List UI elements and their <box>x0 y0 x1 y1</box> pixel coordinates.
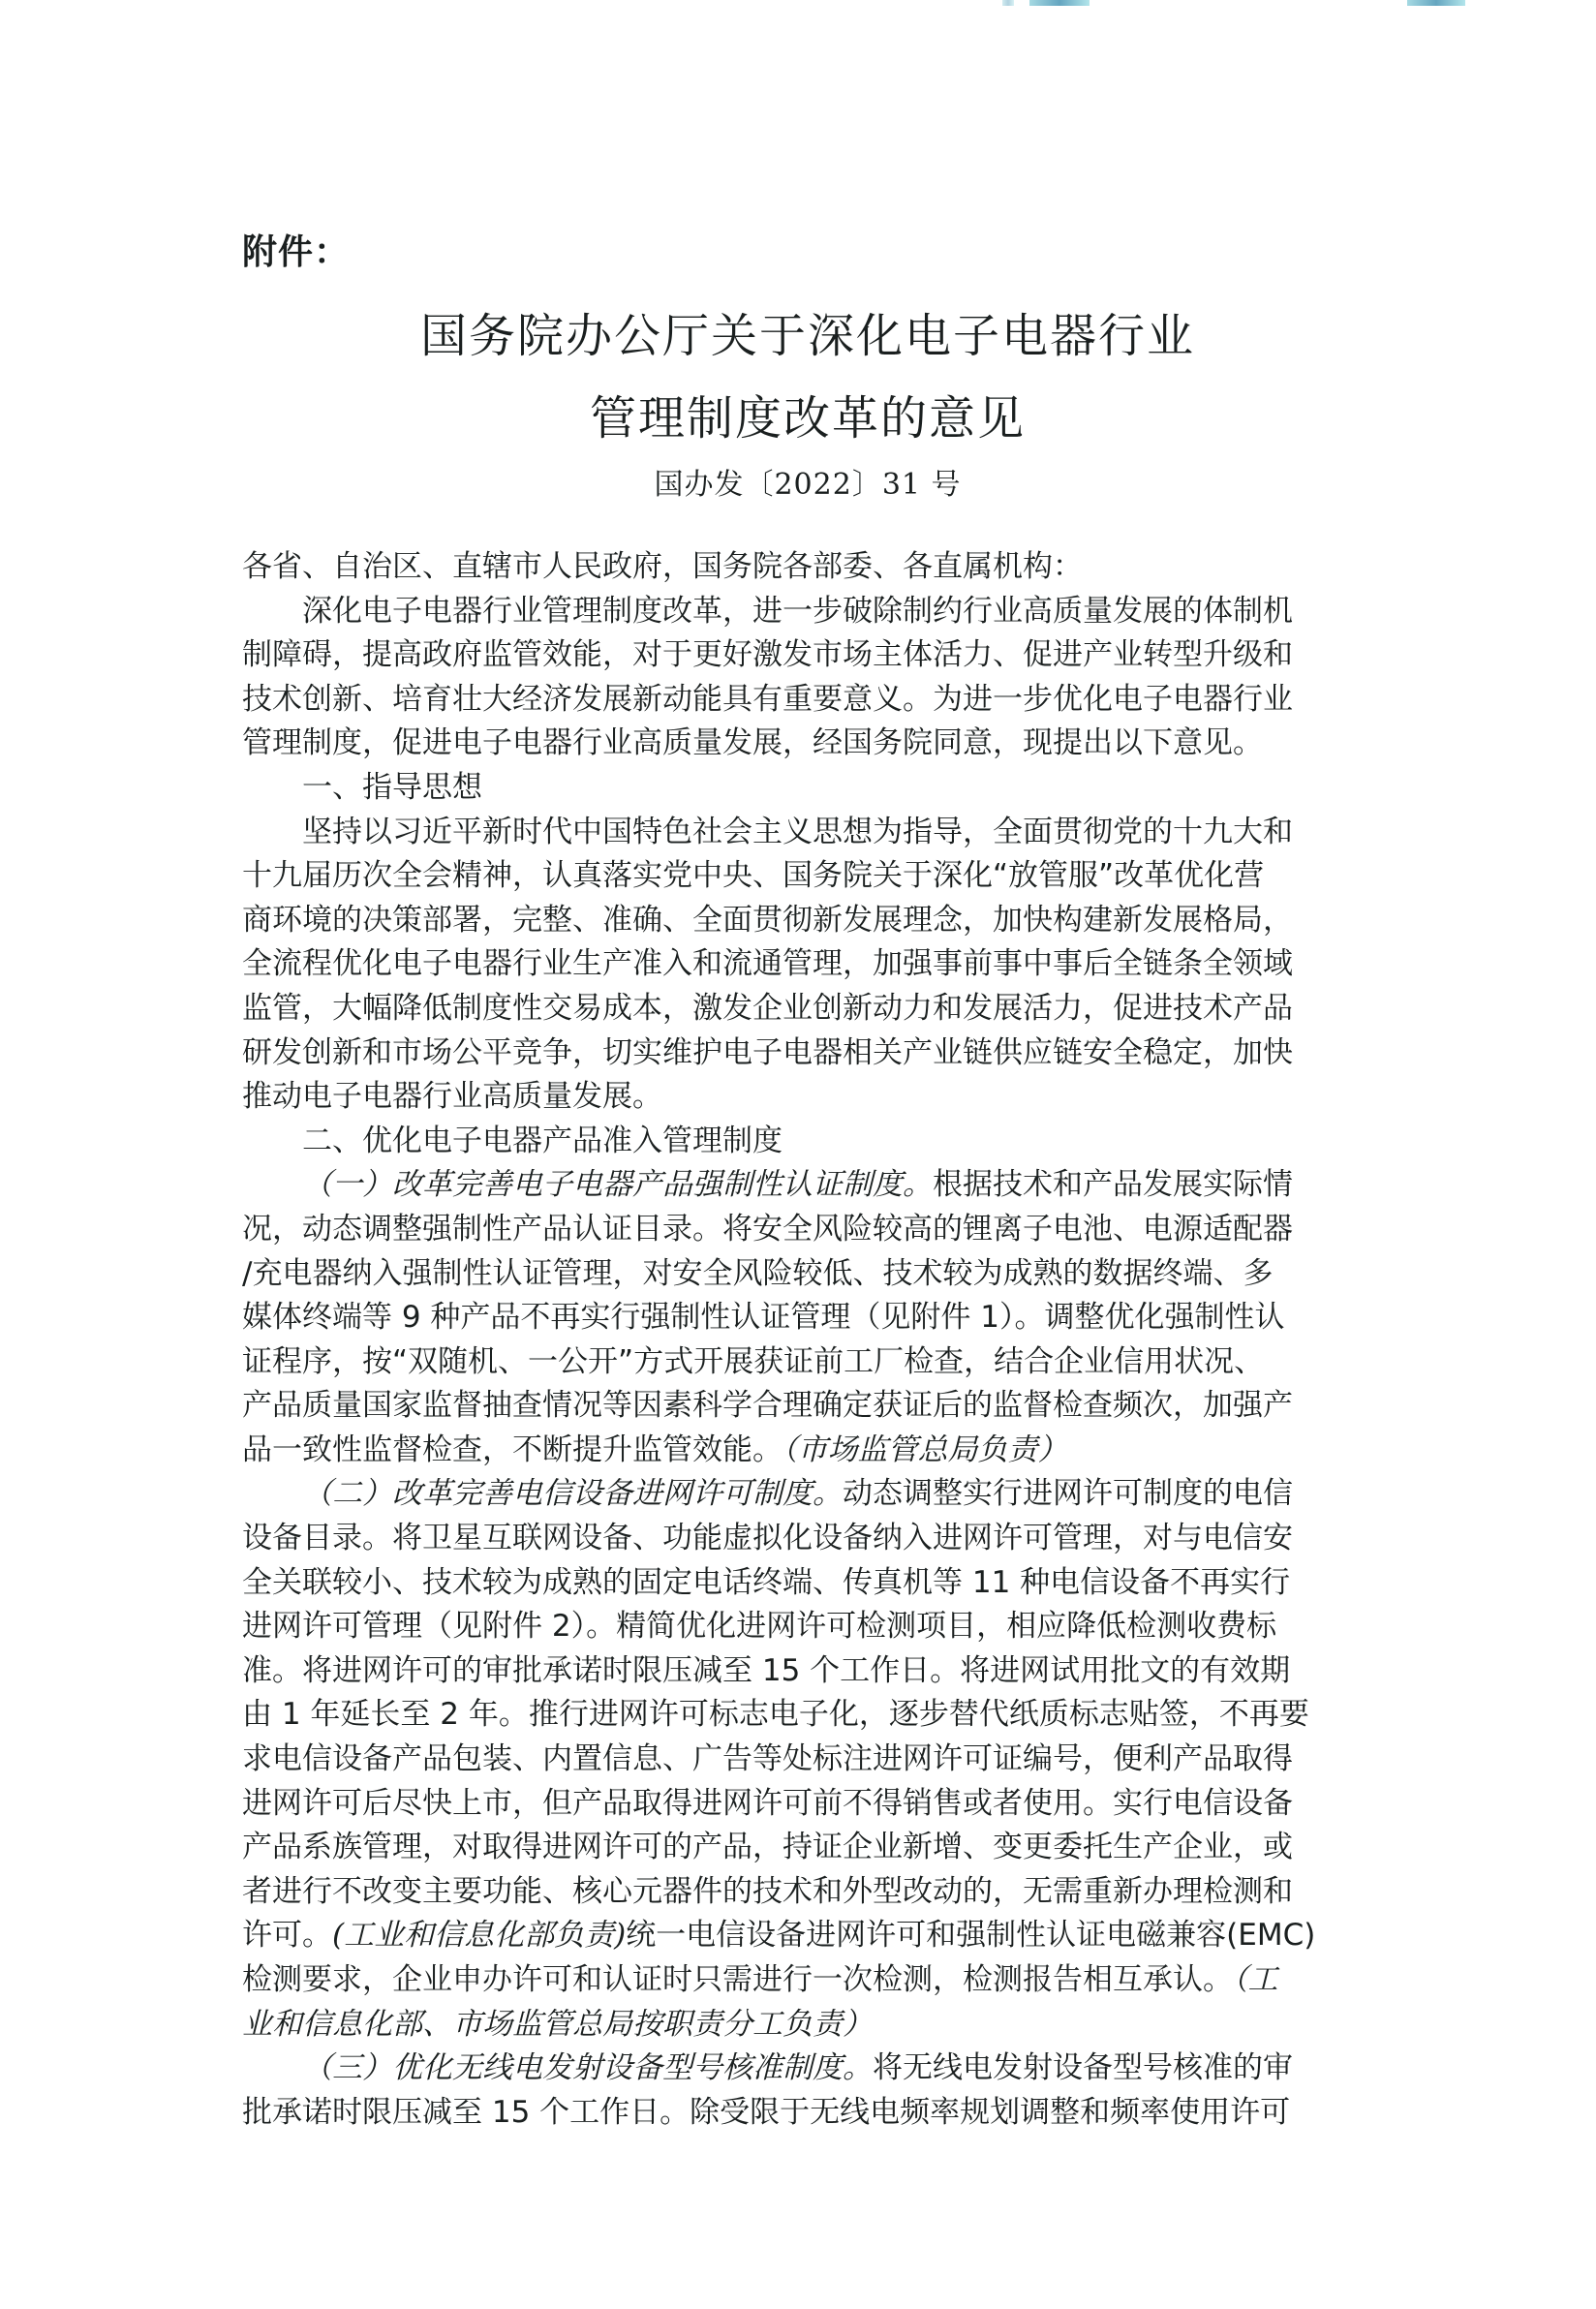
body-line: 全流程优化电子电器行业生产准入和流通管理，加强事前事中事后全链条全领域 <box>242 942 1433 987</box>
line-text: 将无线电发射设备型号核准的审 <box>873 2050 1293 2085</box>
body-line: /充电器纳入强制性认证管理，对安全风险较低、技术较为成熟的数据终端、多 <box>242 1252 1433 1297</box>
line-text: 制障碍，提高政府监管效能，对于更好激发市场主体活力、促进产业转型升级和 <box>242 637 1293 672</box>
emphasis-text: 业和信息化部、市场监管总局按职责分工负责） <box>242 2007 873 2042</box>
emphasis-text: （市场监管总局负责） <box>783 1432 1068 1467</box>
emphasis-text: （工 <box>1233 1962 1278 1997</box>
body-line: 进网许可管理（见附件 2）。精简优化进网许可检测项目，相应降低检测收费标 <box>242 1605 1433 1649</box>
emphasis-text: （二）改革完善电信设备进网许可制度。 <box>302 1476 843 1511</box>
line-text: 深化电子电器行业管理制度改革，进一步破除制约行业高质量发展的体制机 <box>302 594 1293 629</box>
line-text: 检测要求，企业申办许可和认证时只需进行一次检测，检测报告相互承认。 <box>242 1962 1233 1997</box>
scan-artifact <box>1407 0 1465 6</box>
body-line: 坚持以习近平新时代中国特色社会主义思想为指导，全面贯彻党的十九大和 <box>242 811 1433 855</box>
body-line: 业和信息化部、市场监管总局按职责分工负责） <box>242 2003 1433 2047</box>
document-number: 国办发〔2022〕31 号 <box>10 460 1596 503</box>
line-text: 商环境的决策部署，完整、准确、全面贯彻新发展理念，加快构建新发展格局， <box>242 903 1293 938</box>
line-text: 统一电信设备进网许可和强制性认证电磁兼容(EMC) <box>626 1918 1315 1953</box>
section-heading: 二、优化电子电器产品准入管理制度 <box>242 1120 1433 1164</box>
line-text: 准。将进网许可的审批承诺时限压减至 15 个工作日。将进网试用批文的有效期 <box>242 1653 1290 1688</box>
body-line: 商环境的决策部署，完整、准确、全面贯彻新发展理念，加快构建新发展格局， <box>242 899 1433 943</box>
line-text: 媒体终端等 9 种产品不再实行强制性认证管理（见附件 1）。调整优化强制性认 <box>242 1300 1285 1335</box>
line-text: 设备目录。将卫星互联网设备、功能虚拟化设备纳入进网许可管理，对与电信安 <box>242 1521 1293 1555</box>
line-text: 品一致性监督检查，不断提升监管效能。 <box>242 1432 783 1467</box>
line-text: /充电器纳入强制性认证管理，对安全风险较低、技术较为成熟的数据终端、多 <box>242 1256 1273 1291</box>
body-line: 制障碍，提高政府监管效能，对于更好激发市场主体活力、促进产业转型升级和 <box>242 633 1433 678</box>
body-line: （一）改革完善电子电器产品强制性认证制度。根据技术和产品发展实际情 <box>242 1163 1433 1208</box>
body-line: 况，动态调整强制性产品认证目录。将安全风险较高的锂离子电池、电源适配器 <box>242 1208 1433 1252</box>
line-text: 产品质量国家监督抽查情况等因素科学合理确定获证后的监督检查频次，加强产 <box>242 1388 1293 1423</box>
line-text: 全关联较小、技术较为成熟的固定电话终端、传真机等 11 种电信设备不再实行 <box>242 1565 1290 1600</box>
body-line: 研发创新和市场公平竞争，切实维护电子电器相关产业链供应链安全稳定，加快 <box>242 1031 1433 1076</box>
line-text: 根据技术和产品发展实际情 <box>933 1167 1293 1202</box>
emphasis-text: （一）改革完善电子电器产品强制性认证制度。 <box>302 1167 933 1202</box>
body-line: 求电信设备产品包装、内置信息、广告等处标注进网许可证编号，便利产品取得 <box>242 1738 1433 1782</box>
line-text: 动态调整实行进网许可制度的电信 <box>843 1476 1293 1511</box>
body-line: 准。将进网许可的审批承诺时限压减至 15 个工作日。将进网试用批文的有效期 <box>242 1649 1433 1694</box>
body-line: 进网许可后尽快上市，但产品取得进网许可前不得销售或者使用。实行电信设备 <box>242 1782 1433 1827</box>
emphasis-text: (工业和信息化部负责) <box>332 1918 626 1953</box>
body-line: 技术创新、培育壮大经济发展新动能具有重要意义。为进一步优化电子电器行业 <box>242 678 1433 723</box>
body-line: 者进行不改变主要功能、核心元器件的技术和外型改动的，无需重新办理检测和 <box>242 1870 1433 1915</box>
line-text: 者进行不改变主要功能、核心元器件的技术和外型改动的，无需重新办理检测和 <box>242 1874 1293 1909</box>
body-line: 产品质量国家监督抽查情况等因素科学合理确定获证后的监督检查频次，加强产 <box>242 1384 1433 1429</box>
body-line: 设备目录。将卫星互联网设备、功能虚拟化设备纳入进网许可管理，对与电信安 <box>242 1517 1433 1561</box>
line-text: 二、优化电子电器产品准入管理制度 <box>302 1124 783 1158</box>
line-text: 求电信设备产品包装、内置信息、广告等处标注进网许可证编号，便利产品取得 <box>242 1741 1293 1776</box>
scan-artifact <box>1002 0 1014 6</box>
line-text: 技术创新、培育壮大经济发展新动能具有重要意义。为进一步优化电子电器行业 <box>242 682 1293 717</box>
line-text: 批承诺时限压减至 15 个工作日。除受限于无线电频率规划调整和频率使用许可 <box>242 2095 1290 2130</box>
body-line: 许可。(工业和信息化部负责)统一电信设备进网许可和强制性认证电磁兼容(EMC) <box>242 1914 1433 1958</box>
emphasis-text: （三）优化无线电发射设备型号核准制度。 <box>302 2050 873 2085</box>
line-text: 全流程优化电子电器行业生产准入和流通管理，加强事前事中事后全链条全领域 <box>242 946 1293 981</box>
body-line: 证程序，按“双随机、一公开”方式开展获证前工厂检查，结合企业信用状况、 <box>242 1340 1433 1385</box>
document-title-line-2: 管理制度改革的意见 <box>10 381 1596 447</box>
body-line: 产品系族管理，对取得进网许可的产品，持证企业新增、变更委托生产企业，或 <box>242 1826 1433 1870</box>
body-line: 全关联较小、技术较为成熟的固定电话终端、传真机等 11 种电信设备不再实行 <box>242 1561 1433 1606</box>
section-heading: 一、指导思想 <box>242 766 1433 811</box>
line-text: 研发创新和市场公平竞争，切实维护电子电器相关产业链供应链安全稳定，加快 <box>242 1035 1293 1070</box>
line-text: 推动电子电器行业高质量发展。 <box>242 1079 662 1114</box>
body-line: 十九届历次全会精神，认真落实党中央、国务院关于深化“放管服”改革优化营 <box>242 854 1433 899</box>
body-line: 推动电子电器行业高质量发展。 <box>242 1075 1433 1120</box>
line-text: 管理制度，促进电子电器行业高质量发展，经国务院同意，现提出以下意见。 <box>242 725 1263 760</box>
line-text: 坚持以习近平新时代中国特色社会主义思想为指导，全面贯彻党的十九大和 <box>302 815 1293 849</box>
body-line: （二）改革完善电信设备进网许可制度。动态调整实行进网许可制度的电信 <box>242 1472 1433 1517</box>
scan-artifact <box>1029 0 1090 6</box>
document-title-line-1: 国务院办公厅关于深化电子电器行业 <box>10 298 1596 365</box>
line-text: 证程序，按“双随机、一公开”方式开展获证前工厂检查，结合企业信用状况、 <box>242 1344 1264 1379</box>
body-line: 由 1 年延长至 2 年。推行进网许可标志电子化，逐步替代纸质标志贴签，不再要 <box>242 1693 1433 1738</box>
line-text: 进网许可管理（见附件 2）。精简优化进网许可检测项目，相应降低检测收费标 <box>242 1609 1276 1644</box>
document-body: 各省、自治区、直辖市人民政府，国务院各部委、各直属机构：深化电子电器行业管理制度… <box>242 545 1433 2135</box>
line-text: 况，动态调整强制性产品认证目录。将安全风险较高的锂离子电池、电源适配器 <box>242 1212 1293 1247</box>
body-line: 各省、自治区、直辖市人民政府，国务院各部委、各直属机构： <box>242 545 1433 590</box>
body-line: 品一致性监督检查，不断提升监管效能。（市场监管总局负责） <box>242 1429 1433 1473</box>
body-line: 监管，大幅降低制度性交易成本，激发企业创新动力和发展活力，促进技术产品 <box>242 987 1433 1031</box>
line-text: 由 1 年延长至 2 年。推行进网许可标志电子化，逐步替代纸质标志贴签，不再要 <box>242 1697 1309 1732</box>
attachment-label: 附件： <box>242 225 350 274</box>
line-text: 十九届历次全会精神，认真落实党中央、国务院关于深化“放管服”改革优化营 <box>242 858 1264 893</box>
line-text: 监管，大幅降低制度性交易成本，激发企业创新动力和发展活力，促进技术产品 <box>242 991 1293 1026</box>
body-line: 媒体终端等 9 种产品不再实行强制性认证管理（见附件 1）。调整优化强制性认 <box>242 1296 1433 1340</box>
line-text: 一、指导思想 <box>302 770 482 805</box>
line-text: 进网许可后尽快上市，但产品取得进网许可前不得销售或者使用。实行电信设备 <box>242 1786 1293 1821</box>
body-line: 检测要求，企业申办许可和认证时只需进行一次检测，检测报告相互承认。（工 <box>242 1958 1433 2003</box>
body-line: 深化电子电器行业管理制度改革，进一步破除制约行业高质量发展的体制机 <box>242 590 1433 634</box>
body-line: 管理制度，促进电子电器行业高质量发展，经国务院同意，现提出以下意见。 <box>242 722 1433 766</box>
line-text: 许可。 <box>242 1918 332 1953</box>
body-line: 批承诺时限压减至 15 个工作日。除受限于无线电频率规划调整和频率使用许可 <box>242 2091 1433 2136</box>
line-text: 各省、自治区、直辖市人民政府，国务院各部委、各直属机构： <box>242 549 1083 584</box>
body-line: （三）优化无线电发射设备型号核准制度。将无线电发射设备型号核准的审 <box>242 2047 1433 2091</box>
line-text: 产品系族管理，对取得进网许可的产品，持证企业新增、变更委托生产企业，或 <box>242 1830 1293 1864</box>
